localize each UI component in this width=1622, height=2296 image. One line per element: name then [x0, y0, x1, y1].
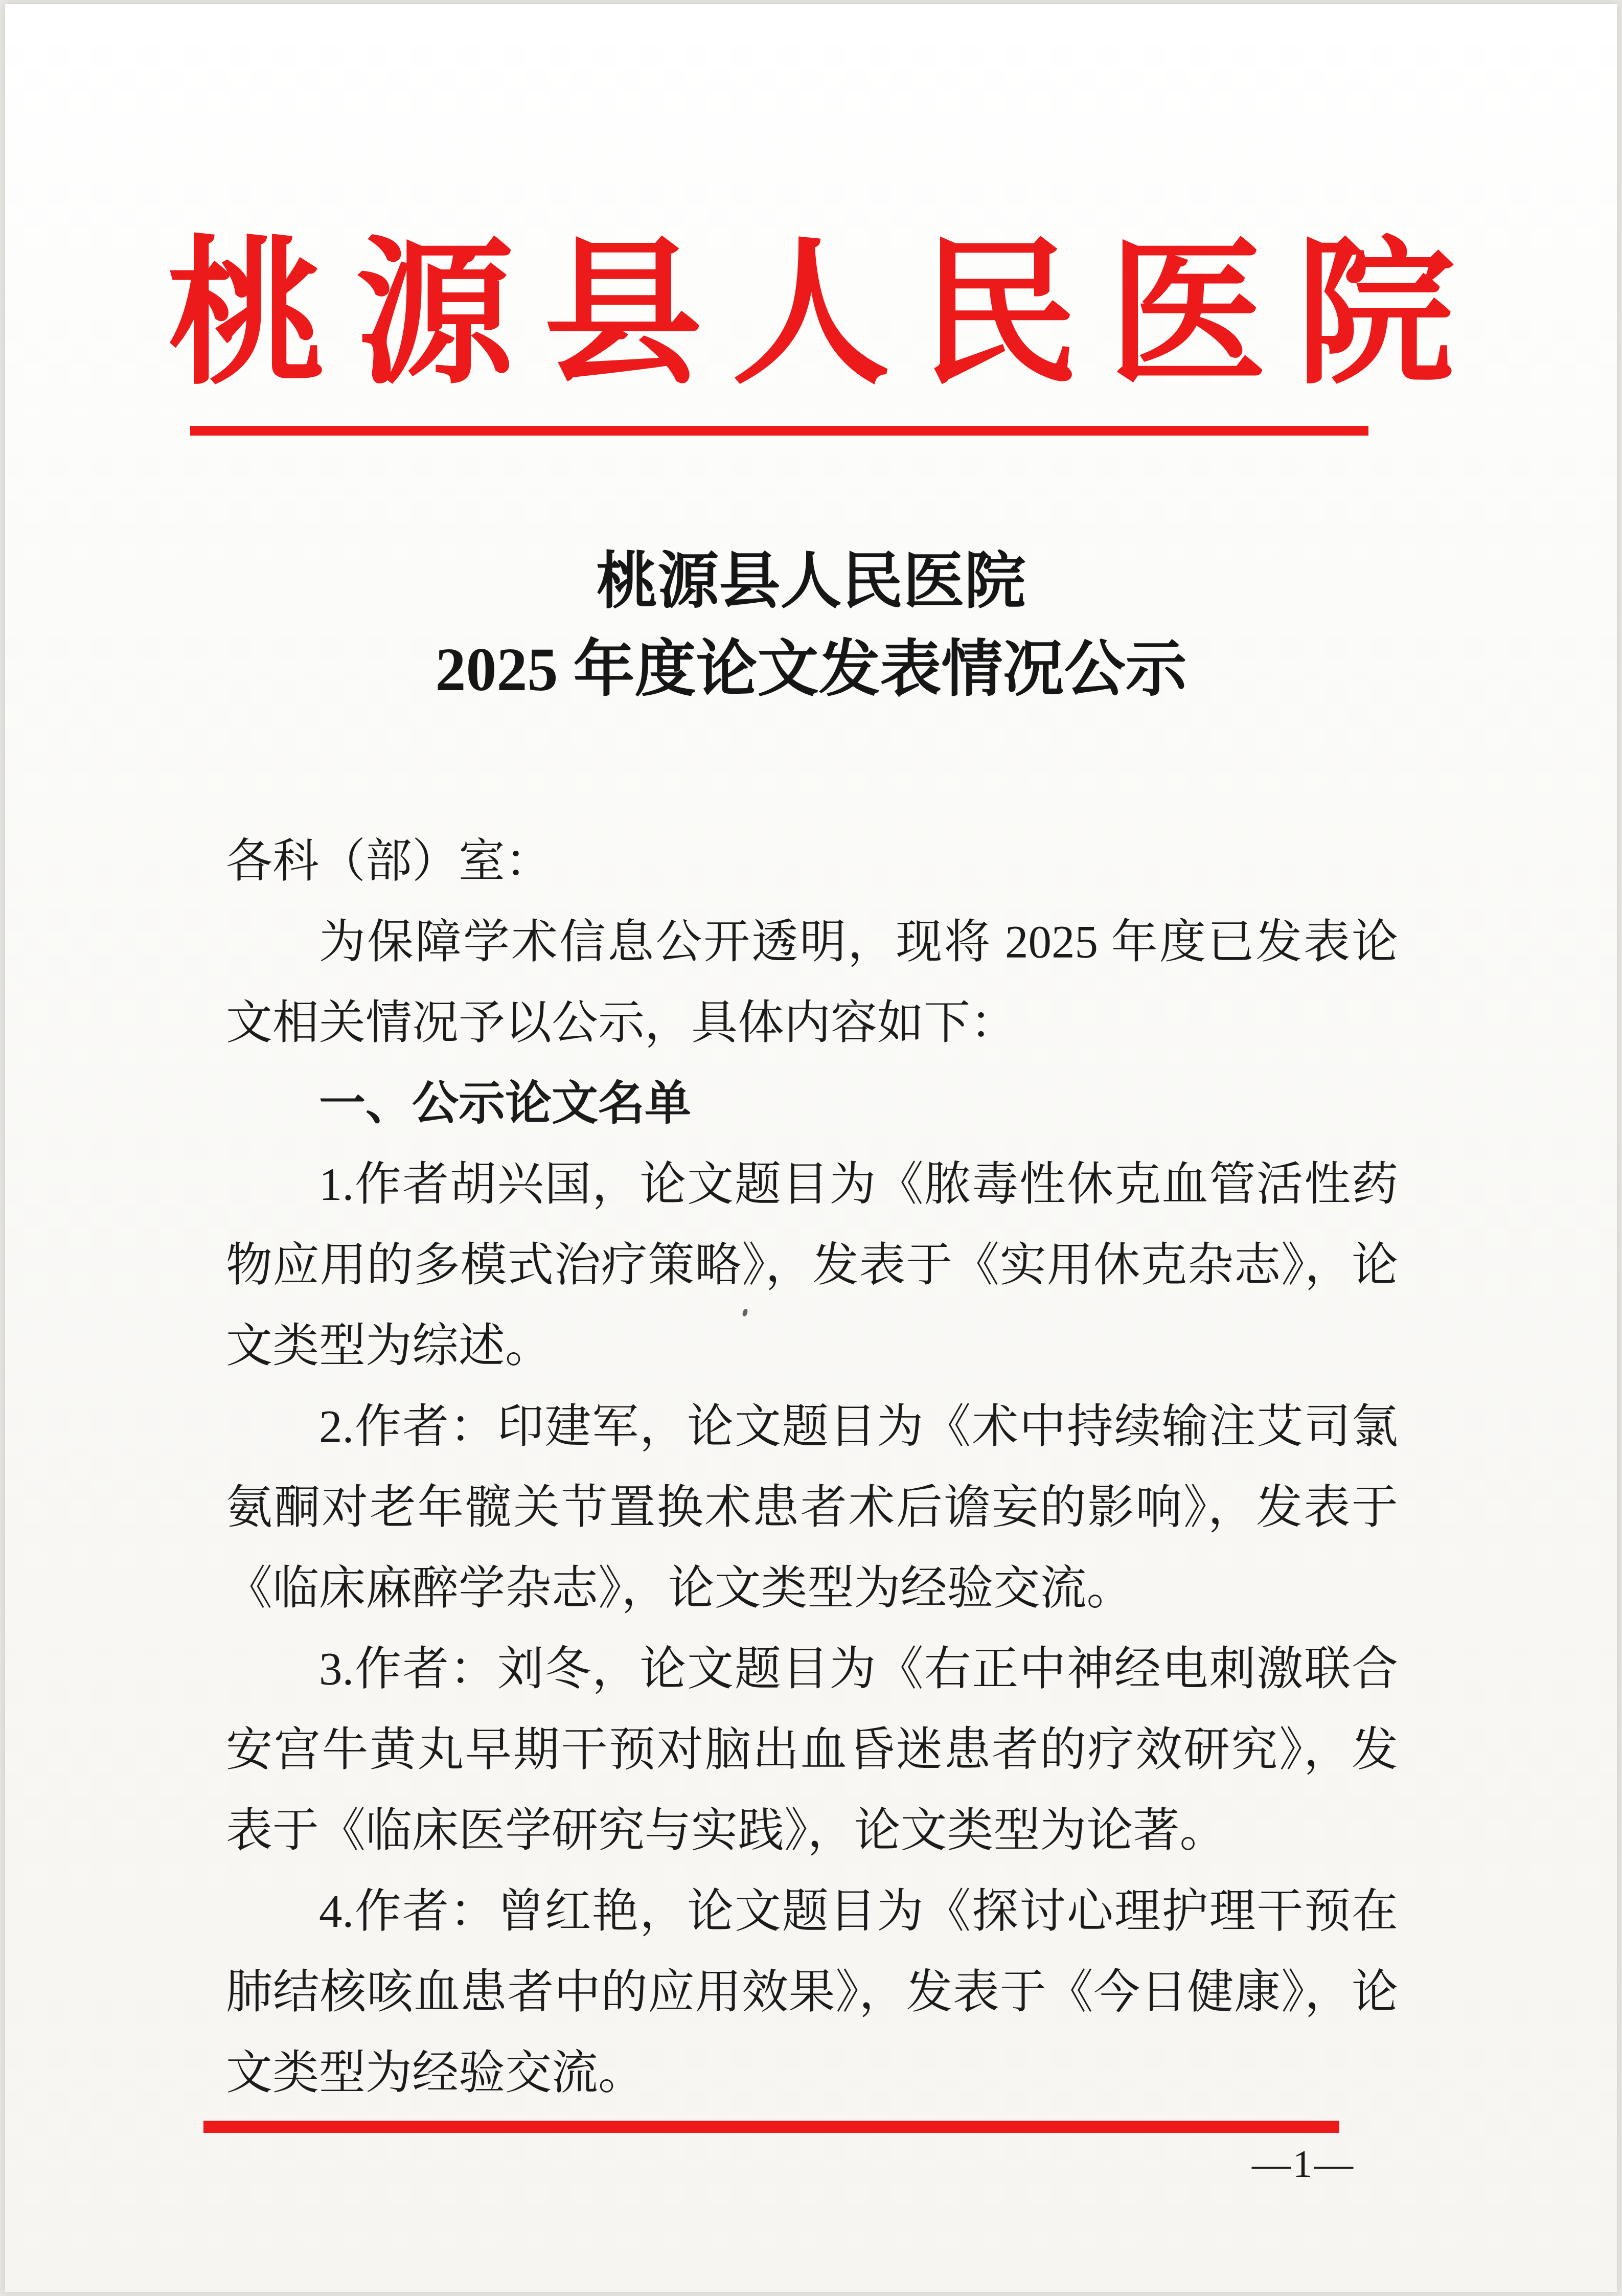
document-body: 各科（部）室： 为保障学术信息公开透明，现将 2025 年度已发表论文相关情况予… — [226, 821, 1398, 2113]
footer-rule — [203, 2121, 1339, 2133]
page-number: —1— — [1252, 2142, 1355, 2187]
letterhead-title: 桃源县人民医院 — [5, 4, 1617, 395]
document-title-line2: 2025 年度论文发表情况公示 — [5, 626, 1617, 714]
paper-item-2: 2.作者：印建军，论文题目为《术中持续输注艾司氯氨酮对老年髋关节置换术患者术后谵… — [226, 1386, 1398, 1629]
paper-item-1: 1.作者胡兴国，论文题目为《脓毒性休克血管活性药物应用的多模式治疗策略》，发表于… — [226, 1144, 1398, 1386]
letterhead-rule — [190, 426, 1368, 436]
document-title: 桃源县人民医院 2025 年度论文发表情况公示 — [5, 538, 1617, 714]
intro-paragraph: 为保障学术信息公开透明，现将 2025 年度已发表论文相关情况予以公示，具体内容… — [226, 902, 1398, 1063]
document-page: 桃源县人民医院 桃源县人民医院 2025 年度论文发表情况公示 各科（部）室： … — [5, 4, 1617, 2292]
document-title-line1: 桃源县人民医院 — [5, 538, 1617, 626]
paper-item-3: 3.作者：刘冬，论文题目为《右正中神经电刺激联合安宫牛黄丸早期干预对脑出血昏迷患… — [226, 1629, 1398, 1871]
salutation: 各科（部）室： — [226, 821, 1398, 902]
paper-item-4: 4.作者：曾红艳，论文题目为《探讨心理护理干预在肺结核咳血患者中的应用效果》，发… — [226, 1871, 1398, 2113]
scanned-page-canvas: 桃源县人民医院 桃源县人民医院 2025 年度论文发表情况公示 各科（部）室： … — [0, 0, 1622, 2296]
section-heading: 一、公示论文名单 — [226, 1063, 1398, 1144]
